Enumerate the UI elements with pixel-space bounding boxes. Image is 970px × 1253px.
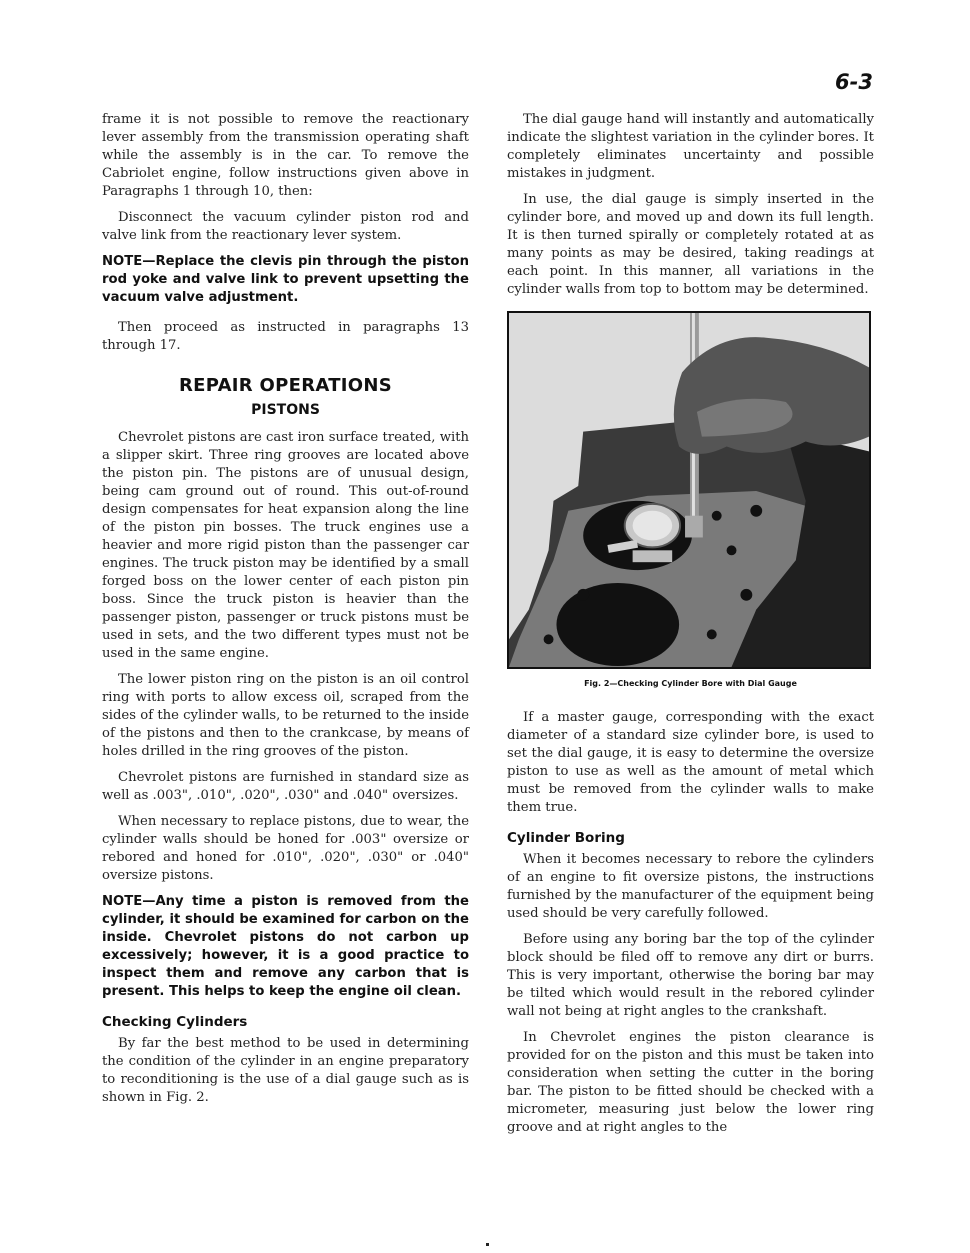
right-column: The dial gauge hand will instantly and a… — [507, 111, 874, 1145]
figure-dial-gauge-photo — [507, 311, 871, 669]
cylinder-bore-photo-illustration — [509, 313, 869, 667]
paragraph: frame it is not possible to remove the r… — [102, 111, 469, 201]
heading-cylinder-boring: Cylinder Boring — [507, 829, 874, 847]
figure-caption: Fig. 2—Checking Cylinder Bore with Dial … — [507, 675, 874, 693]
paragraph: In use, the dial gauge is simply inserte… — [507, 191, 874, 299]
section-heading-repair-operations: REPAIR OPERATIONS — [102, 377, 469, 395]
page-mark — [486, 1243, 489, 1246]
paragraph: When it becomes necessary to rebore the … — [507, 851, 874, 923]
paragraph: If a master gauge, corresponding with th… — [507, 709, 874, 817]
note-carbon: NOTE—Any time a piston is removed from t… — [102, 893, 469, 1001]
subsection-heading-pistons: PISTONS — [102, 401, 469, 419]
paragraph: Disconnect the vacuum cylinder piston ro… — [102, 209, 469, 245]
paragraph: Before using any boring bar the top of t… — [507, 931, 874, 1021]
paragraph: By far the best method to be used in det… — [102, 1035, 469, 1107]
paragraph: The lower piston ring on the piston is a… — [102, 671, 469, 761]
paragraph: Chevrolet pistons are furnished in stand… — [102, 769, 469, 805]
paragraph: When necessary to replace pistons, due t… — [102, 813, 469, 885]
left-column: frame it is not possible to remove the r… — [102, 111, 469, 1115]
paragraph: Then proceed as instructed in paragraphs… — [102, 319, 469, 355]
paragraph: In Chevrolet engines the piston clearanc… — [507, 1029, 874, 1137]
heading-checking-cylinders: Checking Cylinders — [102, 1013, 469, 1031]
page-number: 6-3 — [835, 70, 873, 94]
paragraph: The dial gauge hand will instantly and a… — [507, 111, 874, 183]
paragraph: Chevrolet pistons are cast iron surface … — [102, 429, 469, 663]
note-clevis-pin: NOTE—Replace the clevis pin through the … — [102, 253, 469, 307]
